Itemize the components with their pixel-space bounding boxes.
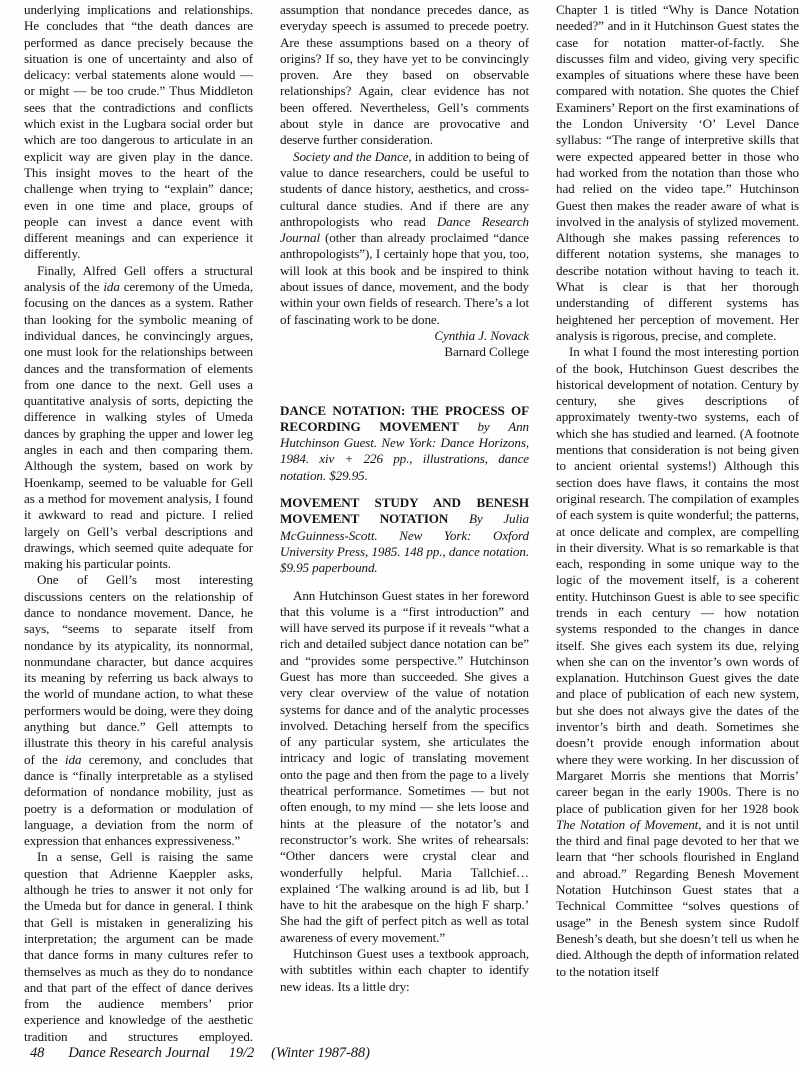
issue-season: (Winter 1987-88)	[271, 1045, 370, 1062]
text-segment: Hutchinson Guest uses a textbook approac…	[280, 946, 529, 994]
page-number: 48	[30, 1045, 44, 1062]
text-columns: underlying implications and relationship…	[24, 2, 799, 1047]
text-segment: underlying implications and relationship…	[24, 2, 253, 261]
paragraph: In a sense, Gell is raising the same que…	[24, 849, 253, 1047]
issue-number: 19/2	[229, 1045, 254, 1062]
affiliation: Barnard College	[280, 344, 529, 360]
paragraph: Finally, Alfred Gell offers a structural…	[24, 263, 253, 573]
text-segment: Barnard College	[444, 344, 529, 359]
paragraph: Chapter 1 is titled “Why is Dance Notati…	[556, 2, 799, 344]
text-segment: ida	[65, 752, 81, 767]
journal-page: underlying implications and relationship…	[0, 0, 800, 1073]
paragraph: Ann Hutchinson Guest states in her forew…	[280, 588, 529, 947]
paragraph: Hutchinson Guest uses a textbook approac…	[280, 946, 529, 995]
text-segment: In what I found the most interesting por…	[556, 344, 799, 815]
text-segment: ceremony of the Umeda, focusing on the d…	[24, 279, 253, 571]
page-footer: 48Dance Research Journal19/2(Winter 1987…	[30, 1045, 370, 1062]
text-segment: In a sense, Gell is raising the same que…	[24, 849, 253, 1047]
paragraph: assumption that nondance precedes dance,…	[280, 2, 529, 149]
text-segment: assumption that nondance precedes dance,…	[280, 2, 529, 147]
paragraph: underlying implications and relationship…	[24, 2, 253, 263]
text-segment: Chapter 1 is titled “Why is Dance Notati…	[556, 2, 799, 343]
paragraph: Society and the Dance, in addition to be…	[280, 149, 529, 328]
signature: Cynthia J. Novack	[280, 328, 529, 344]
column-3: Chapter 1 is titled “Why is Dance Notati…	[556, 2, 799, 1047]
paragraph: In what I found the most interesting por…	[556, 344, 799, 980]
text-segment: , and it is not until the third and fina…	[556, 817, 799, 979]
text-segment: ida	[103, 279, 119, 294]
paragraph: One of Gell’s most interesting discussio…	[24, 572, 253, 849]
text-segment: Ann Hutchinson Guest states in her forew…	[280, 588, 529, 945]
column-2: assumption that nondance precedes dance,…	[280, 2, 529, 1047]
text-segment: Society and the Dance,	[293, 149, 412, 164]
citation: MOVEMENT STUDY AND BENESH MOVEMENT NOTAT…	[280, 495, 529, 576]
column-1: underlying implications and relationship…	[24, 2, 253, 1047]
text-segment: Cynthia J. Novack	[434, 328, 529, 343]
citation: DANCE NOTATION: THE PROCESS OF RECORDING…	[280, 403, 529, 484]
text-segment: The Notation of Movement	[556, 817, 698, 832]
journal-title: Dance Research Journal	[68, 1045, 209, 1062]
text-segment: One of Gell’s most interesting discussio…	[24, 572, 253, 766]
